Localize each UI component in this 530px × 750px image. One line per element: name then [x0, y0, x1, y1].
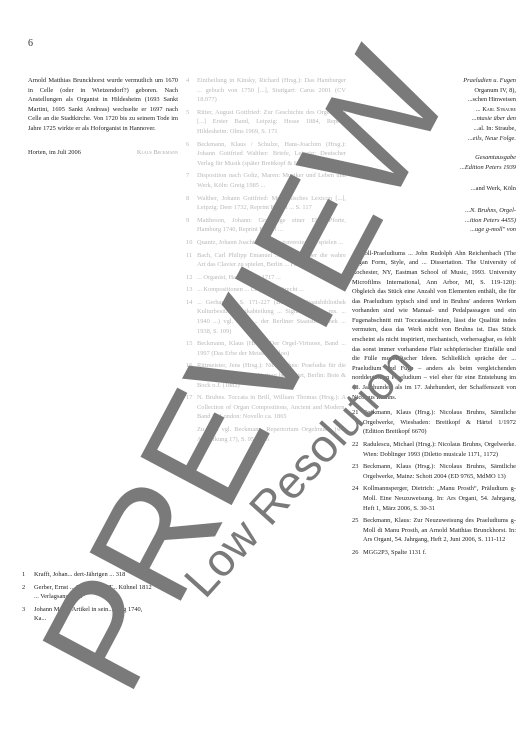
footnote-text: Gerber, Ernst ... Lexikon der T... Kühne…: [34, 584, 152, 601]
footnote: 24Kollmannsperger, Dietrich: „Manu Prost…: [352, 484, 516, 513]
footnote-text: Walther, Johann Gottfried: Musicalisches…: [197, 195, 346, 212]
footnote-number: 7: [186, 171, 189, 181]
intro-paragraph: Arnold Matthias Brunckhorst wurde vermut…: [28, 76, 178, 134]
left-footnotes: 1 Krafft, Johan... dert-Jährigen ... 318…: [22, 570, 152, 627]
footnote-number: 10: [186, 238, 192, 248]
footnote-number: 1: [22, 570, 25, 580]
text-fragment: Praeludien u. Fugen: [352, 76, 516, 86]
footnote-text: Beckmann, Klaus: Zur Neuzuweisung des Pr…: [363, 517, 516, 543]
right-column: Praeludien u. Fugen Organum IV, 8), ...s…: [352, 76, 516, 561]
footnote-text: ... Organist, Hannover ... 1717 ...: [197, 274, 281, 281]
footnote-text: Mattheson, Johann: Grundlage einer Ehren…: [197, 217, 346, 234]
footnote-number: 3: [22, 605, 25, 615]
footnote: 10Quantz, Johann Joachim ... Flöte trave…: [186, 238, 346, 248]
footnote-number: 15: [186, 339, 192, 349]
left-column: Arnold Matthias Brunckhorst wurde vermut…: [28, 76, 178, 157]
footnote-text: MGG2P3, Spalte 1131 f.: [363, 549, 427, 556]
footnote-text: ... Kompositionen ... Leipzig ... Utrech…: [197, 286, 304, 293]
footnote-text: ... Gerhard ... S. 171-227 (Berlin ... S…: [197, 299, 346, 335]
footnote-text: Ritter, August Gottfried: Zur Geschichte…: [197, 109, 346, 135]
text-fragment: ...N. Bruhns, Orgel-: [352, 206, 516, 216]
footnote: 25Beckmann, Klaus: Zur Neuzuweisung des …: [352, 516, 516, 545]
footnote-number: 24: [352, 484, 358, 494]
footnote-number: 14: [186, 298, 192, 308]
footnote-text: Bach, Carl Philipp Emanuel ... Versuch ü…: [197, 252, 346, 269]
footnote-text: Kollmannsperger, Dietrich: „Manu Prosth“…: [363, 485, 516, 511]
footnote: 6Beckmann, Klaus / Schulze, Hans-Joachim…: [186, 140, 346, 169]
footnote: 22Radulescu, Michael (Hrsg.): Nicolaus B…: [352, 440, 516, 459]
footnote: 7Disposition nach Goltz, Maren: Musiker …: [186, 171, 346, 190]
footnote: 26MGG2P3, Spalte 1131 f.: [352, 548, 516, 558]
footnote-number: 16: [186, 361, 192, 371]
footnote-number: 6: [186, 140, 189, 150]
footnote-number: 13: [186, 285, 192, 295]
right-top-fragments: Praeludien u. Fugen Organum IV, 8), ...s…: [352, 76, 516, 143]
footnote: 14... Gerhard ... S. 171-227 (Berlin ...…: [186, 298, 346, 336]
text-fragment: ...ition Peters 4455): [352, 216, 516, 226]
footnote: 2 Gerber, Ernst ... Lexikon der T... Küh…: [22, 583, 152, 602]
text-fragment: ...schen Hinweisen: [352, 95, 516, 105]
footnote: 1 Krafft, Johan... dert-Jährigen ... 318: [22, 570, 152, 580]
footnote: 8Walther, Johann Gottfried: Musicalische…: [186, 194, 346, 213]
footnote-text: N. Bruhns. Toccata in Brill, William Tho…: [197, 394, 346, 420]
footnote-text: Beckmann, Klaus (Hrsg.): Der Orgel-Virtu…: [197, 340, 346, 357]
footnote-number: 21: [352, 408, 358, 418]
footnote-text: Eintheilung in Kinsky, Richard (Hrsg.): …: [197, 77, 346, 103]
text-fragment: ...al. In: Straube,: [352, 124, 516, 134]
footnote: 4Eintheilung in Kinsky, Richard (Hrsg.):…: [186, 76, 346, 105]
footnote-number: 11: [186, 251, 192, 261]
footnote-text: Zu Best vgl. Beckmann, Repertorium Orgel…: [197, 426, 346, 443]
footnote: Zu Best vgl. Beckmann, Repertorium Orgel…: [186, 425, 346, 444]
footnote-number: 4: [186, 76, 189, 86]
footnote: 13... Kompositionen ... Leipzig ... Utre…: [186, 285, 346, 295]
footnote-text: Johann Matt... Artikel in sein... burg 1…: [34, 606, 142, 623]
signoff: Horten, im Juli 2006 Klaus Beckmann: [28, 148, 178, 158]
footnote-number: 5: [186, 108, 189, 118]
text-fragment: ...uge g-moll" von: [352, 225, 516, 235]
body-paragraph: ...-Moll-Praeludiums ... John Rudolph Ah…: [352, 249, 516, 403]
footnote: 3 Johann Matt... Artikel in sein... burg…: [22, 605, 152, 624]
footnote-number: 12: [186, 273, 192, 283]
footnote-number: 23: [352, 462, 358, 472]
footnote-text: Beckmann, Klaus / Schulze, Hans-Joachim …: [197, 141, 346, 167]
footnote-text: Krafft, Johan... dert-Jährigen ... 318: [34, 571, 125, 578]
footnote: 5Ritter, August Gottfried: Zur Geschicht…: [186, 108, 346, 137]
footnote-number: 17: [186, 393, 192, 403]
text-fragment: ...eils, Neue Folge.: [352, 134, 516, 144]
text-fragment: ... Karl Straube: [352, 105, 516, 115]
footnote-text: Beckmann, Klaus (Hrsg.): Nicolaus Bruhns…: [363, 409, 516, 435]
text-fragment: ...ntasie über den: [352, 114, 516, 124]
footnote: 12... Organist, Hannover ... 1717 ...: [186, 273, 346, 283]
footnote-number: 26: [352, 548, 358, 558]
footnote-number: 22: [352, 440, 358, 450]
text-fragment: Gesamtausgabe: [352, 153, 516, 163]
place-date: Horten, im Juli 2006: [28, 148, 81, 158]
footnote-text: Radulescu, Michael (Hrsg.): Nicolaus Bru…: [363, 441, 516, 458]
page-number: 6: [28, 38, 33, 49]
footnote-number: 25: [352, 516, 358, 526]
footnote-text: Rittmeister, Jens (Hrsg.): Nic. Bruhns: …: [197, 362, 346, 388]
footnote-number: 9: [186, 216, 189, 226]
text-fragment: ...Edition Peters 1939: [352, 163, 516, 173]
footnote: 15Beckmann, Klaus (Hrsg.): Der Orgel-Vir…: [186, 339, 346, 358]
footnote-number: 2: [22, 583, 25, 593]
footnote-text: Quantz, Johann Joachim ... Flöte travers…: [197, 239, 343, 246]
middle-column: 4Eintheilung in Kinsky, Richard (Hrsg.):…: [186, 76, 346, 447]
footnote-text: Disposition nach Goltz, Maren: Musiker u…: [197, 172, 346, 189]
footnote: 11Bach, Carl Philipp Emanuel ... Versuch…: [186, 251, 346, 270]
text-fragment: Organum IV, 8),: [352, 86, 516, 96]
footnote: 16Rittmeister, Jens (Hrsg.): Nic. Bruhns…: [186, 361, 346, 390]
author-name: Klaus Beckmann: [137, 148, 178, 158]
footnote: 21Beckmann, Klaus (Hrsg.): Nicolaus Bruh…: [352, 408, 516, 437]
footnote: 23Beckmann, Klaus (Hrsg.): Nicolaus Bruh…: [352, 462, 516, 481]
footnote: 9Mattheson, Johann: Grundlage einer Ehre…: [186, 216, 346, 235]
footnote-text: Beckmann, Klaus (Hrsg.): Nicolaus Bruhns…: [363, 463, 516, 480]
right-mid-fragments: Gesamtausgabe ...Edition Peters 1939 ...…: [352, 153, 516, 235]
footnote: 17N. Bruhns. Toccata in Brill, William T…: [186, 393, 346, 422]
text-fragment: ...and Werk, Köln: [352, 184, 516, 194]
footnote-number: 8: [186, 194, 189, 204]
